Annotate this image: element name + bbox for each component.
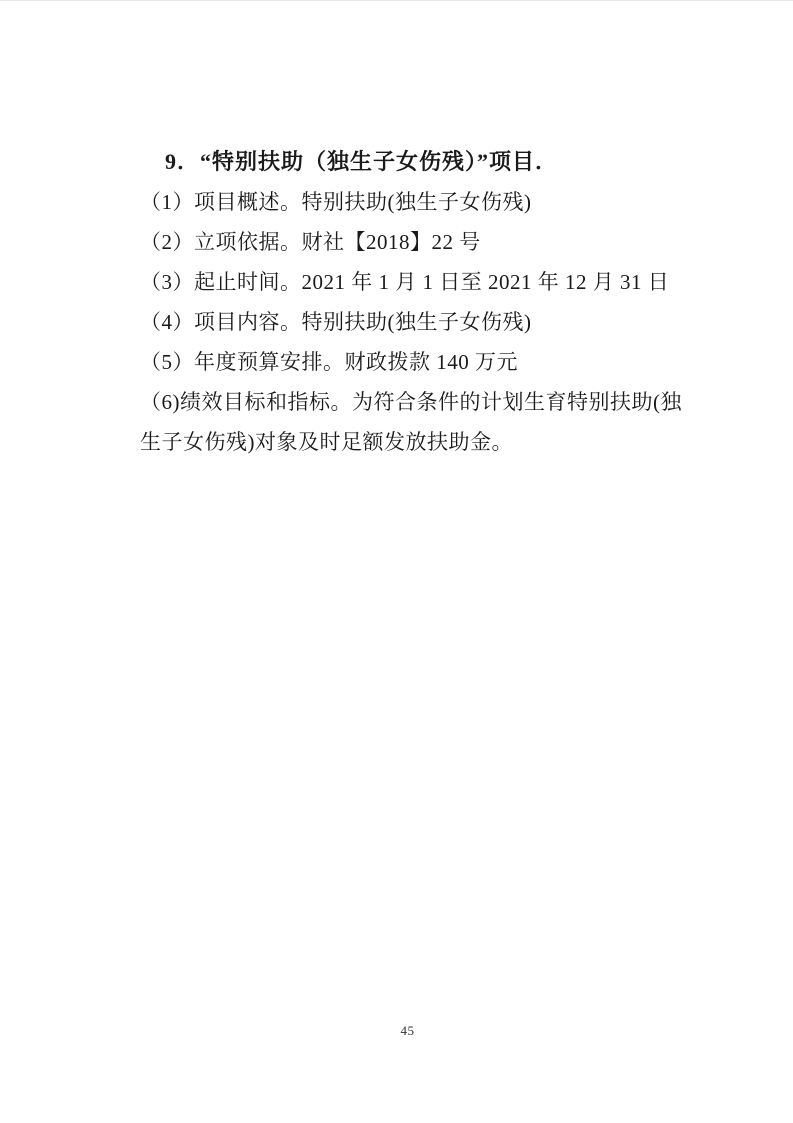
body-line-5: （5）年度预算安排。财政拨款 140 万元 [140,342,665,382]
page-number: 45 [401,1023,415,1039]
body-line-3: （3）起止时间。2021 年 1 月 1 日至 2021 年 12 月 31 日 [140,262,665,302]
body-line-6: （6)绩效目标和指标。为符合条件的计划生育特别扶助(独 [140,382,665,422]
body-line-2: （2）立项依据。财社【2018】22 号 [140,222,665,262]
document-body: 9．“特别扶助（独生子女伤残）”项目． （1）项目概述。特别扶助(独生子女伤残)… [140,142,665,462]
body-line-1: （1）项目概述。特别扶助(独生子女伤残) [140,182,665,222]
document-page: 9．“特别扶助（独生子女伤残）”项目． （1）项目概述。特别扶助(独生子女伤残)… [0,0,793,1123]
section-heading: 9．“特别扶助（独生子女伤残）”项目． [140,142,665,182]
body-line-6-continuation: 生子女伤残)对象及时足额发放扶助金。 [140,422,665,462]
body-line-4: （4）项目内容。特别扶助(独生子女伤残) [140,302,665,342]
page-footer: 45 [0,1022,793,1040]
